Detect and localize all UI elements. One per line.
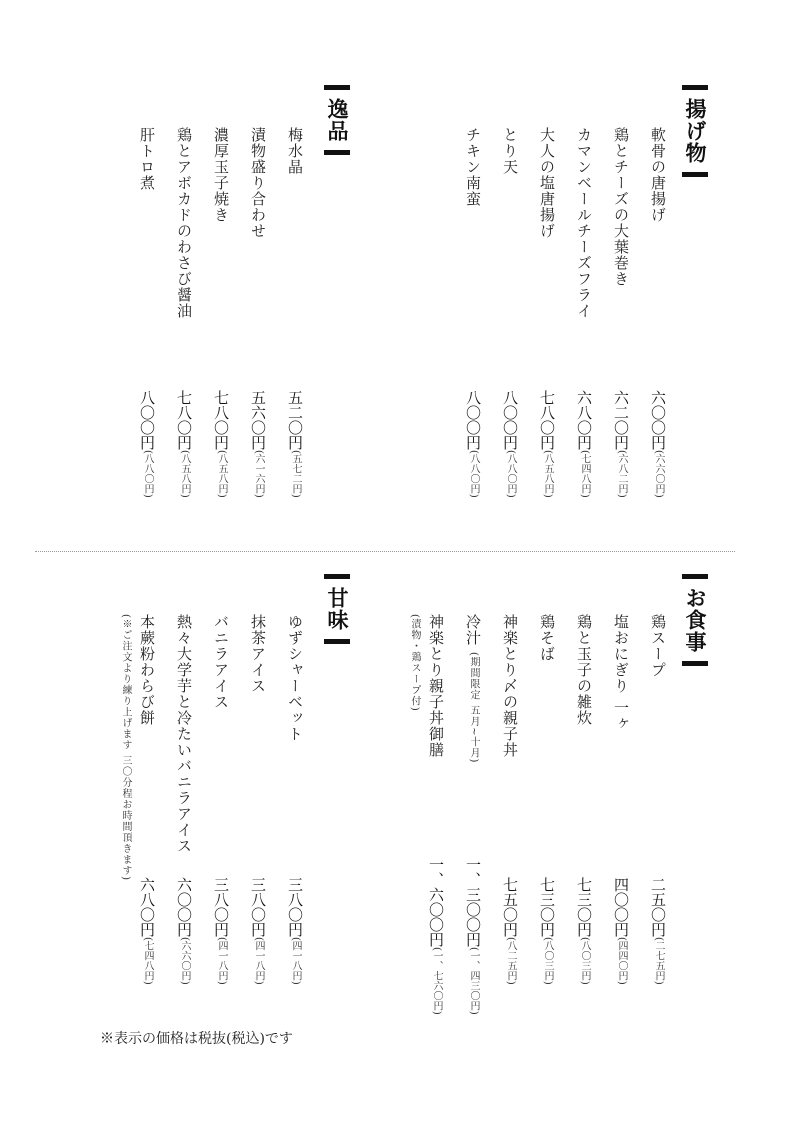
menu-item-name: 塩おにぎり 一ヶ (613, 614, 629, 732)
header-bar-top (682, 85, 708, 90)
header-bar-bottom (682, 661, 708, 666)
menu-item-price: 七五〇円(八二五円) (502, 877, 518, 985)
menu-item-price: 六〇〇円(六六〇円) (176, 877, 192, 985)
menu-item-price: 八〇〇円(八八〇円) (139, 390, 155, 498)
section-header-oshokuji: お食事 (680, 574, 710, 666)
menu-item-name: 鶏とアボカドのわさび醤油 (176, 127, 192, 319)
section-title: 逸品 (322, 98, 352, 142)
menu-item-price: 六八〇円(七四八円) (139, 877, 155, 985)
header-bar-bottom (682, 172, 708, 177)
menu-item-name: 神楽とり親子丼御膳 (428, 614, 444, 758)
section-header-kanmi: 甘味 (322, 574, 352, 644)
menu-item-price: 七八〇円(八五八円) (213, 390, 229, 498)
menu-item-note: (期間限定 五月~十月) (468, 652, 479, 763)
section-header-agemono: 揚げ物 (680, 85, 710, 177)
menu-item-name: 軟骨の唐揚げ (650, 127, 666, 223)
menu-item-name: 鶏と玉子の雑炊 (576, 614, 592, 726)
menu-item-note: (※ご注文より練り上げます 三〇分程お時間頂きます) (118, 614, 133, 881)
menu-item-name: 鶏そば (539, 614, 555, 662)
menu-item-name: 神楽とり〆の親子丼 (502, 614, 518, 758)
menu-item-name: チキン南蛮 (465, 127, 481, 207)
menu-item-price: 七八〇円(八五八円) (539, 390, 555, 498)
menu-item-name: とり天 (502, 127, 518, 175)
menu-item-price: 七三〇円(八〇三円) (576, 877, 592, 985)
menu-item-name: バニラアイス (213, 614, 229, 710)
menu-item-name: 肝トロ煮 (139, 127, 155, 191)
header-bar-top (324, 85, 350, 90)
menu-item-name: 熱々大学芋と冷たいバニラアイス (176, 614, 192, 854)
section-title: 揚げ物 (680, 98, 710, 164)
header-bar-bottom (324, 150, 350, 155)
section-title: 甘味 (322, 587, 352, 631)
menu-item-price: 六〇〇円(六六〇円) (650, 390, 666, 498)
menu-item-name: 大人の塩唐揚げ (539, 127, 555, 239)
menu-item-name: ゆずシャーベット (287, 614, 303, 742)
menu-item-name: 鶏スープ (650, 614, 666, 678)
menu-item-price: 七三〇円(八〇三円) (539, 877, 555, 985)
section-title: お食事 (680, 587, 710, 653)
header-bar-top (324, 574, 350, 579)
menu-item-price: 六二〇円(六八二円) (613, 390, 629, 498)
menu-item-price: 一、六〇〇円(一、七六〇円) (428, 857, 444, 1015)
menu-item-name: 鶏とチーズの大葉巻き (613, 127, 629, 287)
menu-item-name: 漬物盛り合わせ (250, 127, 266, 239)
tax-footnote: ※表示の価格は税抜(税込)です (100, 1028, 293, 1048)
menu-item-name: 梅水晶 (287, 127, 303, 175)
menu-item-price: 二五〇円(二七五円) (650, 877, 666, 985)
menu-item-price: 三八〇円(四一八円) (287, 877, 303, 985)
menu-item-name: 冷汁(期間限定 五月~十月) (465, 614, 481, 763)
menu-item-price: 八〇〇円(八八〇円) (502, 390, 518, 498)
menu-item-note: (漬物・鶏スープ付) (407, 614, 422, 712)
menu-item-price: 五六〇円(六一六円) (250, 390, 266, 498)
menu-item-price: 五二〇円(五七二円) (287, 390, 303, 498)
menu-item-name: 本蕨粉わらび餅 (139, 614, 155, 726)
menu-item-price: 八〇〇円(八八〇円) (465, 390, 481, 498)
menu-item-price: 三八〇円(四一八円) (213, 877, 229, 985)
menu-item-name: 濃厚玉子焼き (213, 127, 229, 223)
menu-item-price: 四〇〇円(四四〇円) (613, 877, 629, 985)
section-header-ippin: 逸品 (322, 85, 352, 155)
menu-item-name: カマンベールチーズフライ (576, 127, 592, 319)
menu-item-price: 六八〇円(七四八円) (576, 390, 592, 498)
menu-item-price: 一、三〇〇円(一、四三〇円) (465, 857, 481, 1015)
header-bar-bottom (324, 639, 350, 644)
dotted-divider (35, 551, 735, 552)
header-bar-top (682, 574, 708, 579)
menu-item-name: 抹茶アイス (250, 614, 266, 694)
menu-item-price: 三八〇円(四一八円) (250, 877, 266, 985)
menu-item-price: 七八〇円(八五八円) (176, 390, 192, 498)
